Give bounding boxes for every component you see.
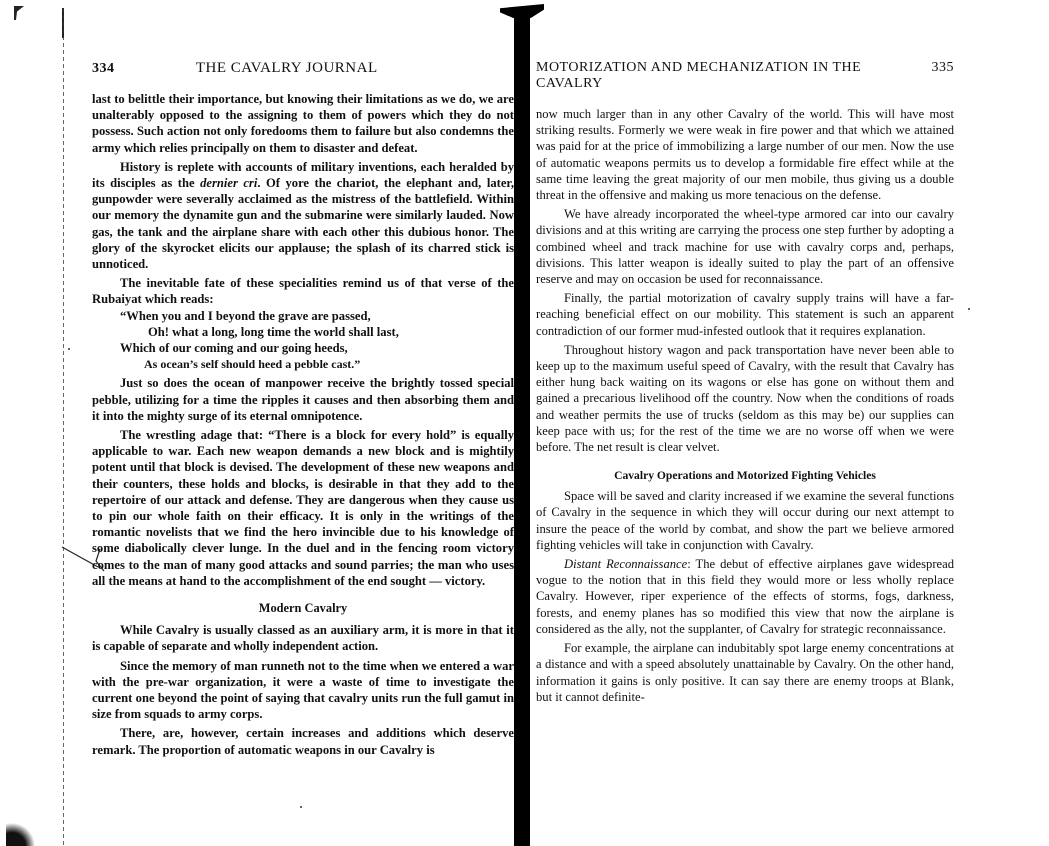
paragraph: We have already incorporated the wheel-t… [536, 206, 954, 287]
journal-title: THE CAVALRY JOURNAL [115, 60, 515, 77]
paragraph: There, are, however, certain increases a… [92, 725, 514, 757]
margin-rule [63, 8, 64, 846]
paragraph: For example, the airplane can indubitabl… [536, 640, 954, 705]
scan-speck [68, 348, 70, 350]
right-page: MOTORIZATION AND MECHANIZATION IN THE CA… [536, 60, 954, 705]
left-page: 334 THE CAVALRY JOURNAL last to belittle… [92, 60, 514, 758]
article-title: MOTORIZATION AND MECHANIZATION IN THE CA… [536, 60, 932, 92]
paragraph: The inevitable fate of these specialitie… [92, 275, 514, 307]
verse-line: Oh! what a long, long time the world sha… [92, 324, 514, 340]
paragraph: History is replete with accounts of mili… [92, 159, 514, 272]
text-run: . Of yore the chariot, the elephant and,… [92, 176, 514, 271]
paragraph: Finally, the partial motorization of cav… [536, 290, 954, 339]
paragraph: Space will be saved and clarity increase… [536, 488, 954, 553]
verse-line: As ocean’s self should heed a pebble cas… [92, 356, 514, 372]
paragraph: Just so does the ocean of manpower recei… [92, 375, 514, 424]
right-running-head: MOTORIZATION AND MECHANIZATION IN THE CA… [536, 60, 954, 92]
scan-artifact-top-left [14, 6, 24, 20]
scan-speck [968, 308, 970, 310]
scan-speck [300, 806, 302, 808]
paragraph: The wrestling adage that: “There is a bl… [92, 427, 514, 589]
rubaiyat-verse: “When you and I beyond the grave are pas… [92, 308, 514, 373]
italic-subheading: Distant Reconnaissance [564, 557, 687, 571]
book-spine [514, 12, 530, 846]
left-running-head: 334 THE CAVALRY JOURNAL [92, 60, 514, 77]
paragraph: last to belittle their importance, but k… [92, 91, 514, 156]
page-number: 334 [92, 61, 115, 77]
verse-line: “When you and I beyond the grave are pas… [92, 308, 514, 324]
paragraph: now much larger than in any other Cavalr… [536, 106, 954, 203]
page-number: 335 [932, 60, 955, 76]
paragraph: While Cavalry is usually classed as an a… [92, 622, 514, 654]
paragraph: Since the memory of man runneth not to t… [92, 658, 514, 723]
paragraph: Throughout history wagon and pack transp… [536, 342, 954, 455]
scan-artifact-bottom-left [6, 816, 36, 846]
section-heading: Modern Cavalry [92, 601, 514, 616]
section-heading: Cavalry Operations and Motorized Fightin… [536, 469, 954, 482]
paragraph: Distant Reconnaissance: The debut of eff… [536, 556, 954, 637]
verse-line: Which of our coming and our going heeds, [92, 340, 514, 356]
italic-phrase: dernier cri [200, 176, 257, 190]
